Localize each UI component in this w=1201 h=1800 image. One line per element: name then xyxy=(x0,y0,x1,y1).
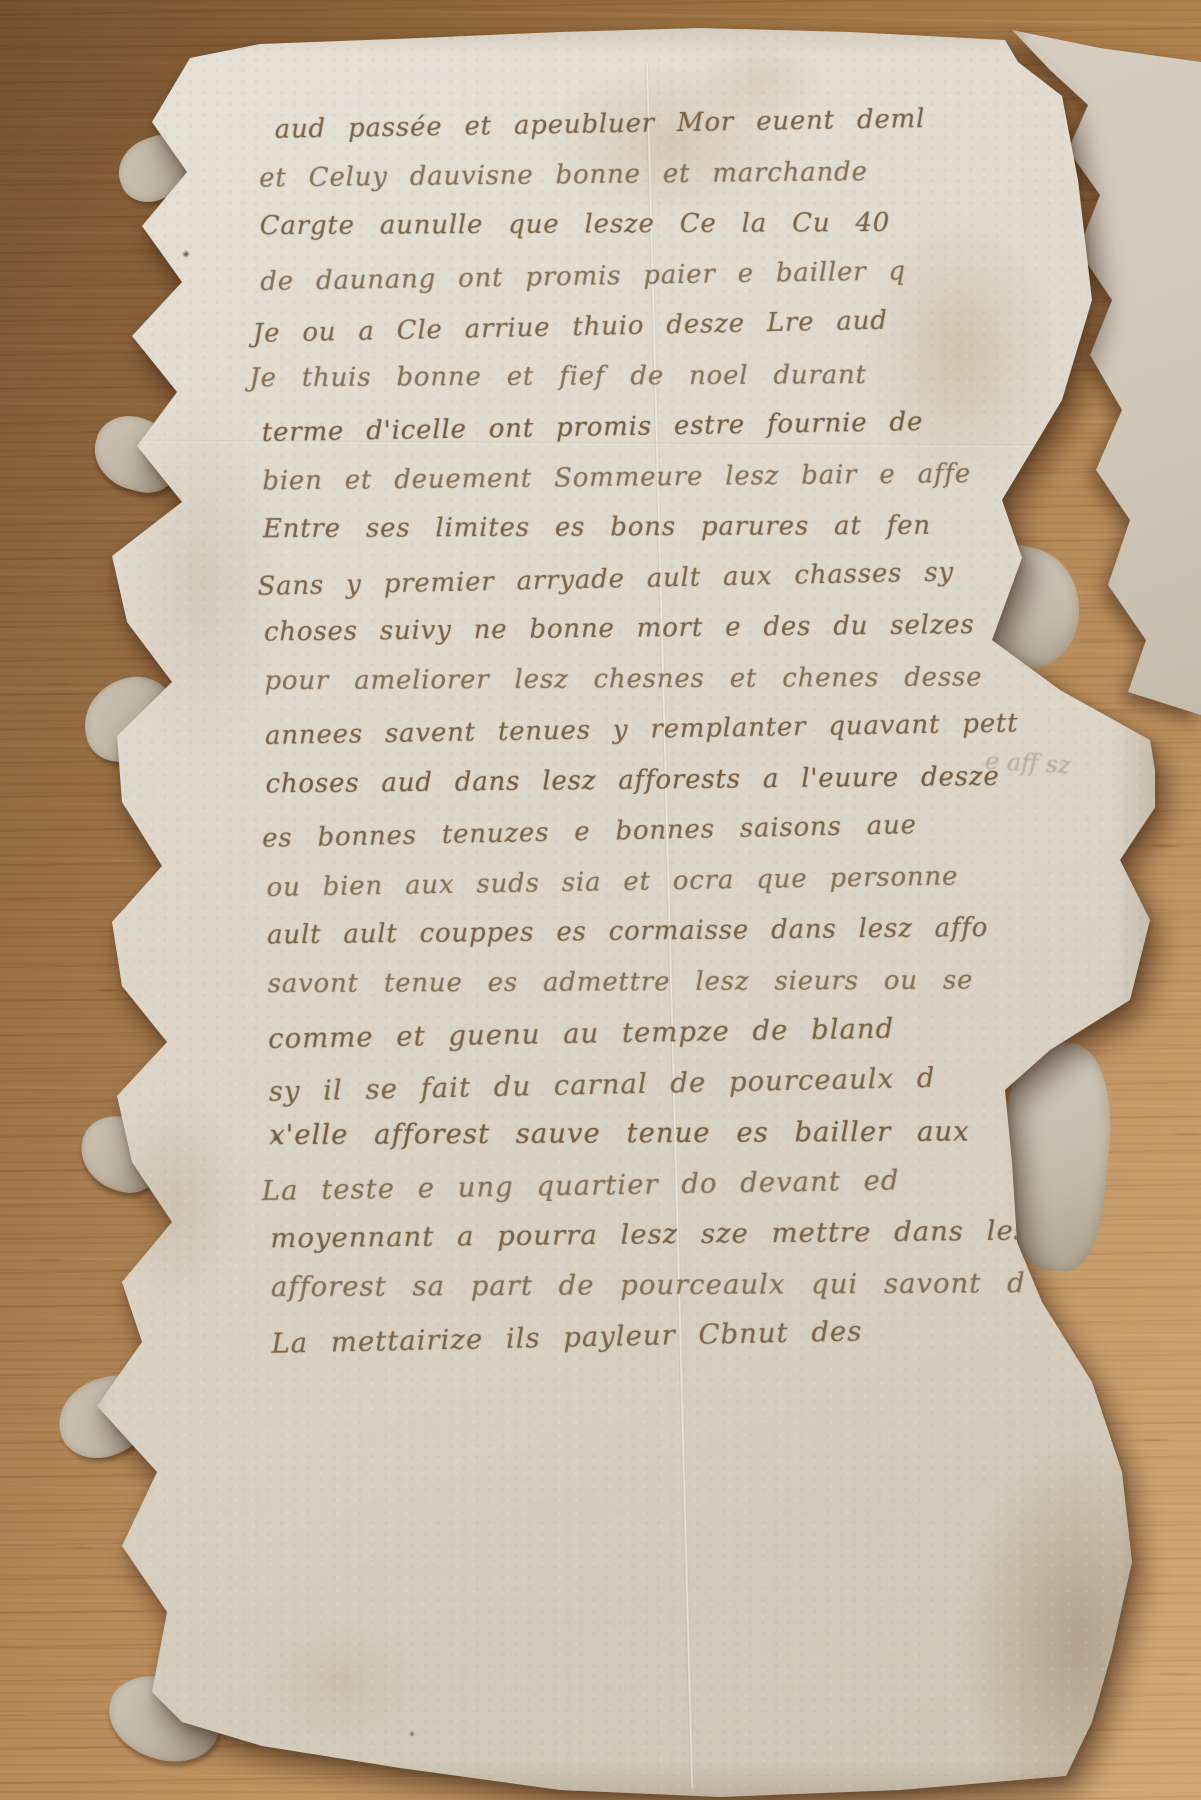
manuscript-text-line: Cargte aunulle que lesze Ce la Cu 40 xyxy=(260,197,1100,252)
manuscript-text-line: moyennant a pourra lesz sze mettre dans … xyxy=(270,1205,1110,1264)
manuscript-text-line: ault ault couppes es cormaisse dans lesz… xyxy=(267,902,1107,961)
manuscript-text-line: choses suivy ne bonne mort e des du selz… xyxy=(264,599,1104,658)
manuscript-text-line: pour ameliorer lesz chesnes et chenes de… xyxy=(264,651,1104,706)
manuscript-text-line: bien et deuement Sommeure lesz bair e af… xyxy=(262,447,1102,506)
manuscript-sheet: aud passée et apeubluer Mor euent demlet… xyxy=(80,22,1155,1800)
photo-scene: aud passée et apeubluer Mor euent demlet… xyxy=(0,0,1201,1800)
manuscript-text-line: x'elle afforest sauve tenue es bailler a… xyxy=(269,1106,1109,1161)
manuscript-text: aud passée et apeubluer Mor euent demlet… xyxy=(258,94,1111,1365)
manuscript-text-line: savont tenue es admettre lesz sieurs ou … xyxy=(268,954,1108,1009)
ink-bleed-ghost-text: e aff sz xyxy=(984,738,1146,792)
manuscript-text-line: et Celuy dauvisne bonne et marchande xyxy=(259,144,1099,203)
manuscript-text-line: Je thuis bonne et fief de noel durant xyxy=(249,348,1101,403)
